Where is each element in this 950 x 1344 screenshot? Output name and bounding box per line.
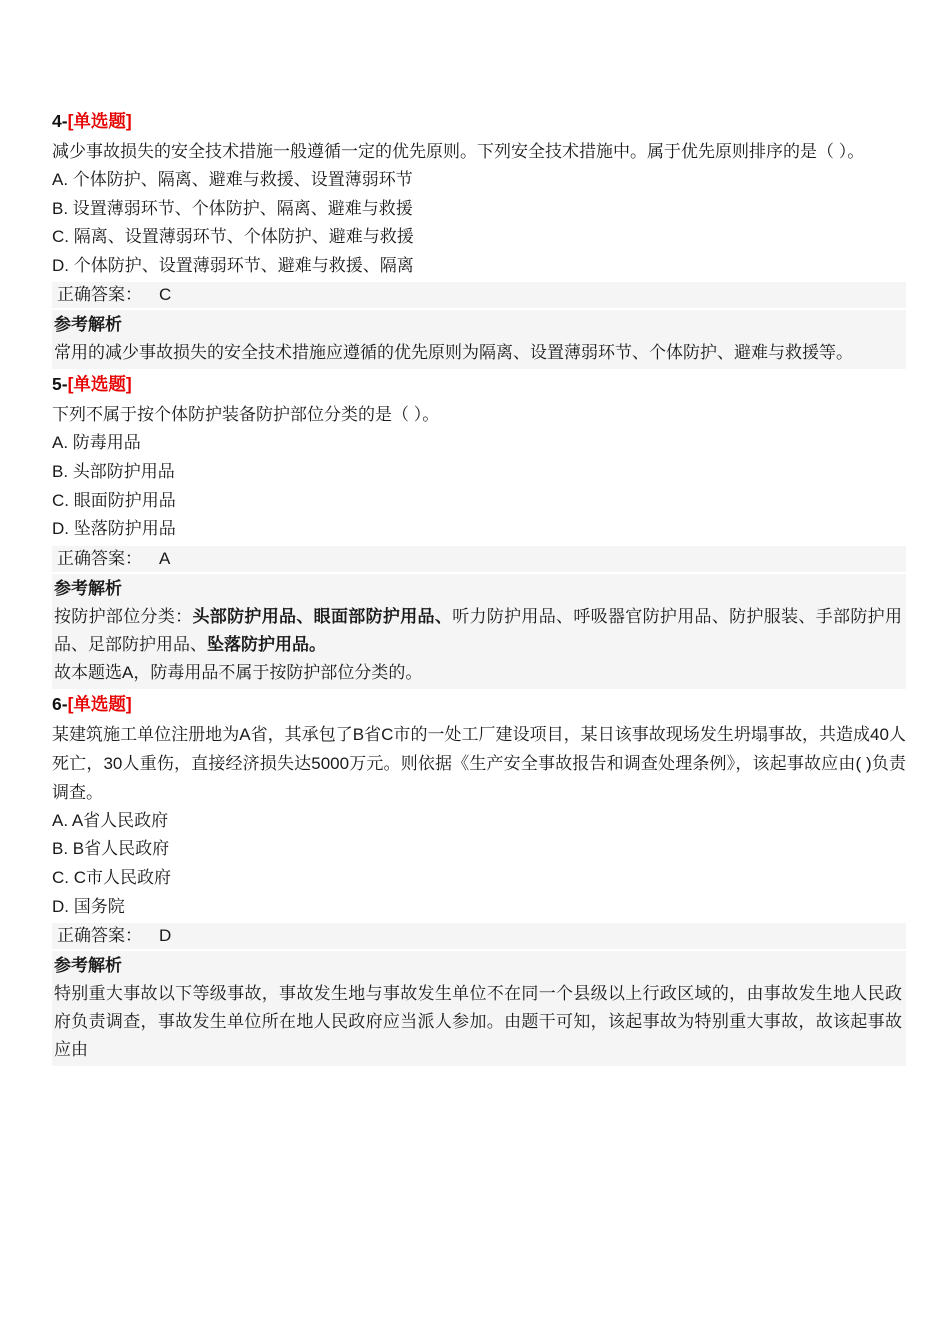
answer-label: 正确答案： <box>57 285 142 304</box>
analysis-paragraph: 故本题选A，防毒用品不属于按防护部位分类的。 <box>54 659 902 687</box>
question-type-badge: [单选题] <box>68 694 132 714</box>
answer-row: 正确答案：D <box>52 923 906 949</box>
question-stem: 某建筑施工单位注册地为A省，其承包了B省C市的一处工厂建设项目，某日该事故现场发… <box>52 720 906 807</box>
question-number: 5- <box>52 374 68 394</box>
answer-row: 正确答案：A <box>52 546 906 572</box>
question-section-5: 5-[单选题] 下列不属于按个体防护装备防护部位分类的是（ ）。 A. 防毒用品… <box>52 371 906 688</box>
question-type-badge: [单选题] <box>68 111 132 131</box>
analysis-title: 参考解析 <box>54 952 902 980</box>
question-option-c: C. C市人民政府 <box>52 864 906 893</box>
question-stem: 下列不属于按个体防护装备防护部位分类的是（ ）。 <box>52 400 906 429</box>
answer-label: 正确答案： <box>57 549 142 568</box>
analysis-paragraph: 按防护部位分类：头部防护用品、眼面部防护用品、听力防护用品、呼吸器官防护用品、防… <box>54 603 902 659</box>
question-option-d: D. 个体防护、设置薄弱环节、避难与救援、隔离 <box>52 252 906 281</box>
analysis-segment: 按防护部位分类： <box>54 607 193 626</box>
question-number: 6- <box>52 694 68 714</box>
exam-page: 4-[单选题] 减少事故损失的安全技术措施一般遵循一定的优先原则。下列安全技术措… <box>0 0 950 1066</box>
question-option-d: D. 国务院 <box>52 893 906 922</box>
question-stem: 减少事故损失的安全技术措施一般遵循一定的优先原则。下列安全技术措施中。属于优先原… <box>52 137 906 166</box>
question-option-d: D. 坠落防护用品 <box>52 515 906 544</box>
question-section-4: 4-[单选题] 减少事故损失的安全技术措施一般遵循一定的优先原则。下列安全技术措… <box>52 108 906 369</box>
analysis-segment: 坠落防护用品。 <box>207 635 326 654</box>
analysis-paragraph: 特别重大事故以下等级事故，事故发生地与事故发生单位不在同一个县级以上行政区域的，… <box>54 980 902 1064</box>
analysis-segment: 常用的减少事故损失的安全技术措施应遵循的优先原则为隔离、设置薄弱环节、个体防护、… <box>54 343 853 362</box>
analysis-block: 参考解析 按防护部位分类：头部防护用品、眼面部防护用品、听力防护用品、呼吸器官防… <box>52 574 906 689</box>
question-header: 5-[单选题] <box>52 371 906 397</box>
analysis-title: 参考解析 <box>54 575 902 603</box>
answer-value: C <box>159 282 171 308</box>
question-number: 4- <box>52 111 68 131</box>
analysis-segment: 故本题选A，防毒用品不属于按防护部位分类的。 <box>54 663 422 682</box>
analysis-title: 参考解析 <box>54 311 902 339</box>
answer-value: A <box>159 546 170 572</box>
answer-value: D <box>159 923 171 949</box>
question-option-b: B. B省人民政府 <box>52 835 906 864</box>
question-type-badge: [单选题] <box>68 374 132 394</box>
question-option-a: A. A省人民政府 <box>52 807 906 836</box>
question-header: 6-[单选题] <box>52 691 906 717</box>
question-option-b: B. 头部防护用品 <box>52 458 906 487</box>
question-option-c: C. 隔离、设置薄弱环节、个体防护、避难与救援 <box>52 223 906 252</box>
question-header: 4-[单选题] <box>52 108 906 134</box>
question-option-b: B. 设置薄弱环节、个体防护、隔离、避难与救援 <box>52 195 906 224</box>
question-section-6: 6-[单选题] 某建筑施工单位注册地为A省，其承包了B省C市的一处工厂建设项目，… <box>52 691 906 1066</box>
answer-row: 正确答案：C <box>52 282 906 308</box>
analysis-segment: 头部防护用品、眼面部防护用品、 <box>193 607 453 626</box>
answer-label: 正确答案： <box>57 926 142 945</box>
question-option-a: A. 个体防护、隔离、避难与救援、设置薄弱环节 <box>52 166 906 195</box>
question-option-a: A. 防毒用品 <box>52 429 906 458</box>
analysis-block: 参考解析 特别重大事故以下等级事故，事故发生地与事故发生单位不在同一个县级以上行… <box>52 951 906 1066</box>
analysis-paragraph: 常用的减少事故损失的安全技术措施应遵循的优先原则为隔离、设置薄弱环节、个体防护、… <box>54 339 902 367</box>
analysis-block: 参考解析 常用的减少事故损失的安全技术措施应遵循的优先原则为隔离、设置薄弱环节、… <box>52 310 906 369</box>
analysis-segment: 特别重大事故以下等级事故，事故发生地与事故发生单位不在同一个县级以上行政区域的，… <box>54 984 902 1059</box>
question-option-c: C. 眼面防护用品 <box>52 487 906 516</box>
